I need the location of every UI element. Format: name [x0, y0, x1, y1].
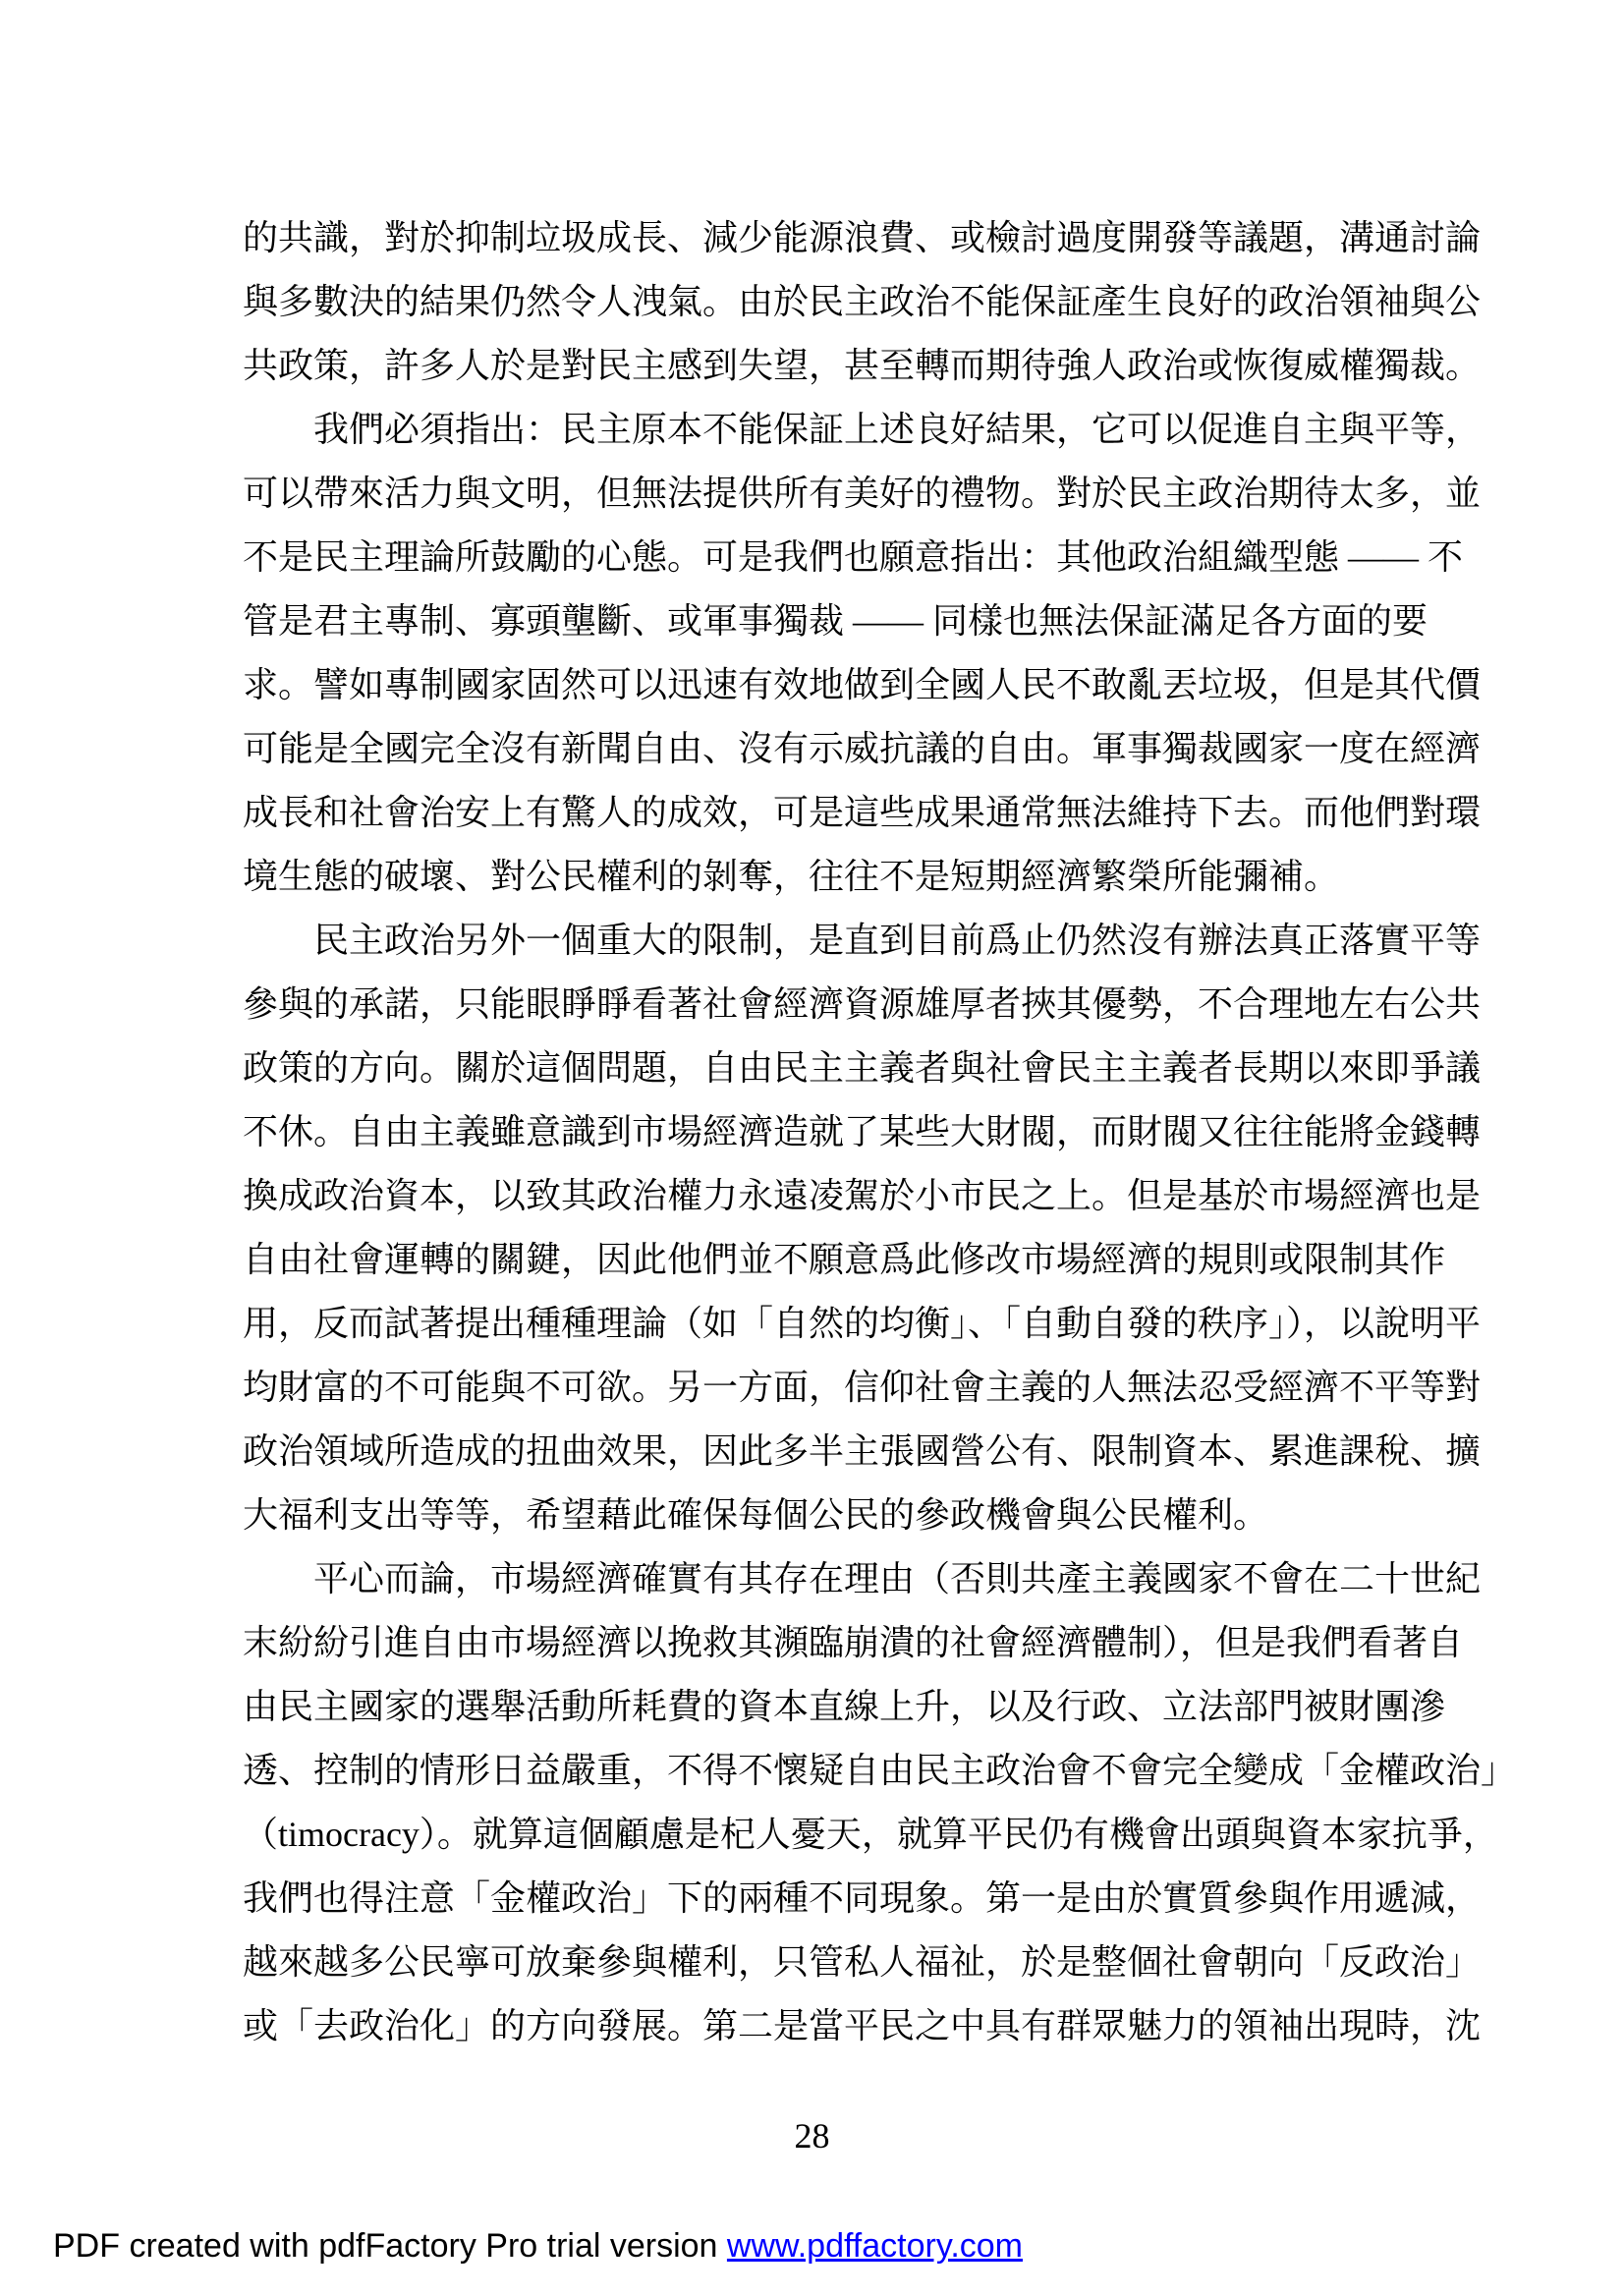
text-line: 越來越多公民寧可放棄參與權利，只管私人福祉，於是整個社會朝向「反政治」 — [243, 1931, 1520, 1994]
text-line: 成長和社會治安上有驚人的成效，可是這些成果通常無法維持下去。而他們對環 — [243, 781, 1520, 845]
text-line: 境生態的破壞、對公民權利的剝奪，往往不是短期經濟繁榮所能彌補。 — [243, 845, 1520, 909]
text-line: 我們也得注意「金權政治」下的兩種不同現象。第一是由於實質參與作用遞減， — [243, 1867, 1520, 1931]
text-line: 大福利支出等等，希望藉此確保每個公民的參政機會與公民權利。 — [243, 1484, 1520, 1547]
watermark-text: PDF created with pdfFactory Pro trial ve… — [53, 2227, 727, 2265]
pdf-watermark-footer: PDF created with pdfFactory Pro trial ve… — [53, 2226, 1023, 2266]
text-line: 民主政治另外一個重大的限制，是直到目前爲止仍然沒有辦法真正落實平等 — [243, 909, 1520, 973]
pdffactory-link[interactable]: www.pdffactory.com — [727, 2227, 1023, 2265]
text-line: 用，反而試著提出種種理論（如「自然的均衡」、「自動自發的秩序」），以說明平 — [243, 1292, 1520, 1356]
text-line: 我們必須指出：民主原本不能保証上述良好結果，它可以促進自主與平等， — [243, 398, 1520, 462]
text-line: 換成政治資本，以致其政治權力永遠凌駕於小市民之上。但是基於市場經濟也是 — [243, 1164, 1520, 1228]
text-line: 均財富的不可能與不可欲。另一方面，信仰社會主義的人無法忍受經濟不平等對 — [243, 1356, 1520, 1420]
text-line: 政治領域所造成的扭曲效果，因此多半主張國營公有、限制資本、累進課稅、擴 — [243, 1420, 1520, 1484]
text-line: 的共識，對於抑制垃圾成長、減少能源浪費、或檢討過度開發等議題，溝通討論 — [243, 206, 1520, 270]
text-line: 由民主國家的選舉活動所耗費的資本直線上升，以及行政、立法部門被財團滲 — [243, 1675, 1520, 1739]
text-line: 末紛紛引進自由市場經濟以挽救其瀕臨崩潰的社會經濟體制），但是我們看著自 — [243, 1611, 1520, 1675]
text-line: 平心而論，市場經濟確實有其存在理由（否則共產主義國家不會在二十世紀 — [243, 1547, 1520, 1611]
text-line: 參與的承諾，只能眼睜睜看著社會經濟資源雄厚者挾其優勢，不合理地左右公共 — [243, 973, 1520, 1036]
text-line: 透、控制的情形日益嚴重，不得不懷疑自由民主政治會不會完全變成「金權政治」 — [243, 1739, 1520, 1803]
text-line: 與多數決的結果仍然令人洩氣。由於民主政治不能保証產生良好的政治領袖與公 — [243, 270, 1520, 334]
page-number: 28 — [0, 2114, 1624, 2157]
text-line: （timocracy）。就算這個顧慮是杞人憂天，就算平民仍有機會出頭與資本家抗爭… — [243, 1803, 1520, 1867]
text-line: 或「去政治化」的方向發展。第二是當平民之中具有群眾魅力的領袖出現時，沈 — [243, 1994, 1520, 2058]
text-line: 求。譬如專制國家固然可以迅速有效地做到全國人民不敢亂丟垃圾，但是其代價 — [243, 653, 1520, 717]
text-line: 不休。自由主義雖意識到市場經濟造就了某些大財閥，而財閥又往往能將金錢轉 — [243, 1100, 1520, 1164]
text-line: 不是民主理論所鼓勵的心態。可是我們也願意指出：其他政治組織型態 —— 不 — [243, 526, 1520, 589]
text-line: 自由社會運轉的關鍵，因此他們並不願意爲此修改市場經濟的規則或限制其作 — [243, 1228, 1520, 1292]
text-line: 政策的方向。關於這個問題，自由民主主義者與社會民主主義者長期以來即爭議 — [243, 1036, 1520, 1100]
text-line: 共政策，許多人於是對民主感到失望，甚至轉而期待強人政治或恢復威權獨裁。 — [243, 334, 1520, 398]
body-text: 的共識，對於抑制垃圾成長、減少能源浪費、或檢討過度開發等議題，溝通討論與多數決的… — [243, 206, 1520, 2058]
document-page: 的共識，對於抑制垃圾成長、減少能源浪費、或檢討過度開發等議題，溝通討論與多數決的… — [0, 0, 1624, 2296]
text-line: 可能是全國完全沒有新聞自由、沒有示威抗議的自由。軍事獨裁國家一度在經濟 — [243, 717, 1520, 781]
text-line: 可以帶來活力與文明，但無法提供所有美好的禮物。對於民主政治期待太多，並 — [243, 462, 1520, 526]
text-line: 管是君主專制、寡頭壟斷、或軍事獨裁 —— 同樣也無法保証滿足各方面的要 — [243, 589, 1520, 653]
